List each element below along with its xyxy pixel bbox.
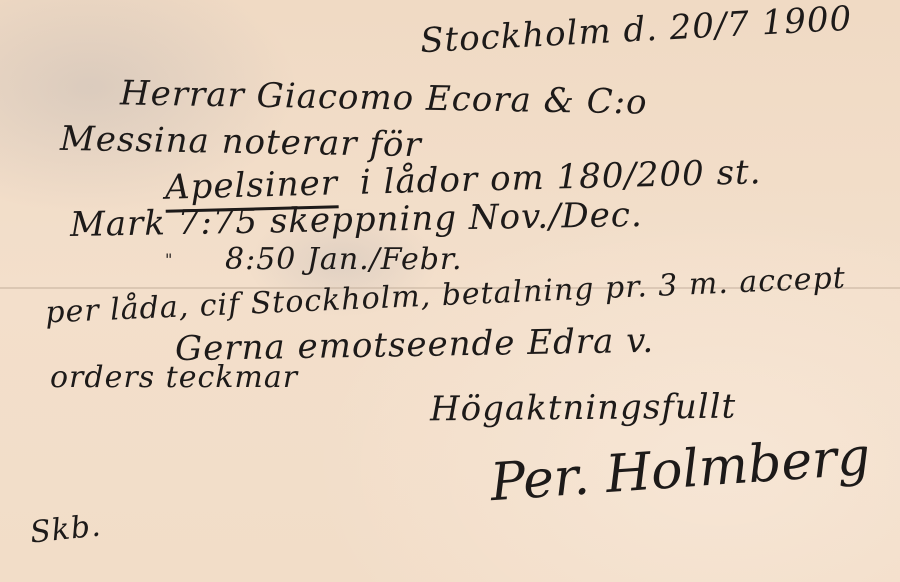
initials: Skb. [28, 508, 103, 550]
intro-line: Messina noterar för [60, 119, 422, 165]
signature: Per. Holmberg [488, 427, 872, 513]
place-and-date: Stockholm d. 20/7 1900 [419, 0, 853, 61]
price-line-1: Mark 7:75 skeppning Nov./Dec. [70, 195, 643, 245]
closing-line-2: orders teckmar [50, 360, 298, 395]
letter-paper: Stockholm d. 20/7 1900 Herrar Giacomo Ec… [0, 0, 900, 582]
regards: Högaktningsfullt [430, 387, 737, 430]
salutation: Herrar Giacomo Ecora & C:o [120, 73, 648, 122]
ditto-mark: " [165, 250, 172, 269]
price-line-2: 8:50 Jan./Febr. [225, 242, 463, 277]
